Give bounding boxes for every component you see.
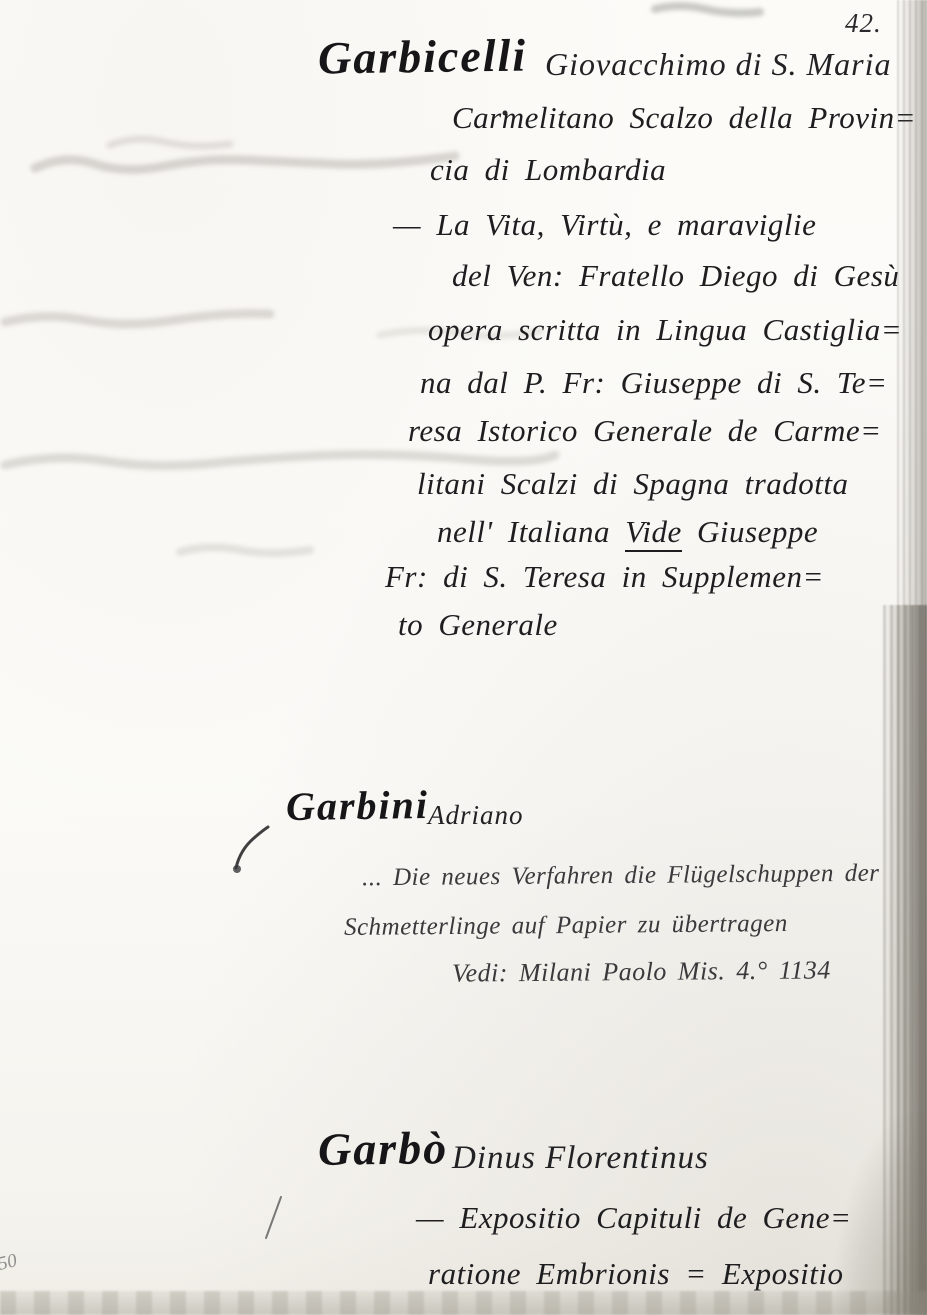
- garbo-slash-stroke: [266, 1197, 281, 1238]
- manuscript-line: to Generale: [398, 607, 558, 643]
- manuscript-line: Fr: di S. Teresa in Supplemen=: [385, 559, 824, 595]
- vide-underlined: Vide: [625, 514, 682, 552]
- manuscript-line: Schmetterlinge auf Papier zu übertragen: [344, 910, 788, 942]
- entry-surname-garbicelli: Garbicelli: [318, 29, 528, 85]
- entry-given-name: Giovacchimo di S. Maria: [545, 46, 892, 83]
- garbini-flourish-stroke: [236, 827, 268, 868]
- scan-artifacts: [0, 0, 927, 1315]
- manuscript-line: ... Die neues Verfahren die Flügelschupp…: [362, 860, 880, 893]
- entry-surname-garbo: Garbò: [318, 1121, 449, 1176]
- manuscript-line: opera scritta in Lingua Castiglia=: [428, 312, 902, 348]
- manuscript-line: — La Vita, Virtù, e maraviglie: [393, 207, 816, 243]
- manuscript-line: del Ven: Fratello Diego di Gesù: [452, 258, 899, 294]
- line-text-post: Giuseppe: [682, 514, 818, 549]
- manuscript-line: na dal P. Fr: Giuseppe di S. Te=: [420, 365, 887, 401]
- entry-given-name: Adriano: [428, 800, 524, 831]
- manuscript-page: 42. Garbicelli Giovacchimo di S. Maria C…: [0, 0, 927, 1315]
- manuscript-line: Carmelitano Scalzo della Provin=: [452, 100, 916, 136]
- manuscript-line: — Expositio Capituli de Gene=: [416, 1200, 851, 1236]
- manuscript-line: litani Scalzi di Spagna tradotta: [417, 466, 849, 502]
- line-text-pre: nell' Italiana: [437, 514, 625, 549]
- manuscript-line: resa Istorico Generale de Carme=: [408, 413, 882, 449]
- manuscript-line: Vedi: Milani Paolo Mis. 4.° 1134: [452, 955, 831, 988]
- entry-surname-garbini: Garbini: [286, 781, 430, 830]
- pencil-mark: 50: [0, 1250, 19, 1276]
- page-number: 42.: [845, 8, 882, 39]
- manuscript-line: ratione Embrionis = Expositio: [428, 1256, 844, 1292]
- manuscript-line-with-vide: nell' Italiana Vide Giuseppe: [437, 514, 818, 550]
- garbini-flourish-blob: [233, 865, 241, 873]
- manuscript-line: cia di Lombardia: [430, 152, 666, 188]
- bottom-edge-texture: [0, 1291, 927, 1315]
- corner-shadow: [837, 1115, 927, 1315]
- entry-given-name: Dinus Florentinus: [452, 1140, 709, 1177]
